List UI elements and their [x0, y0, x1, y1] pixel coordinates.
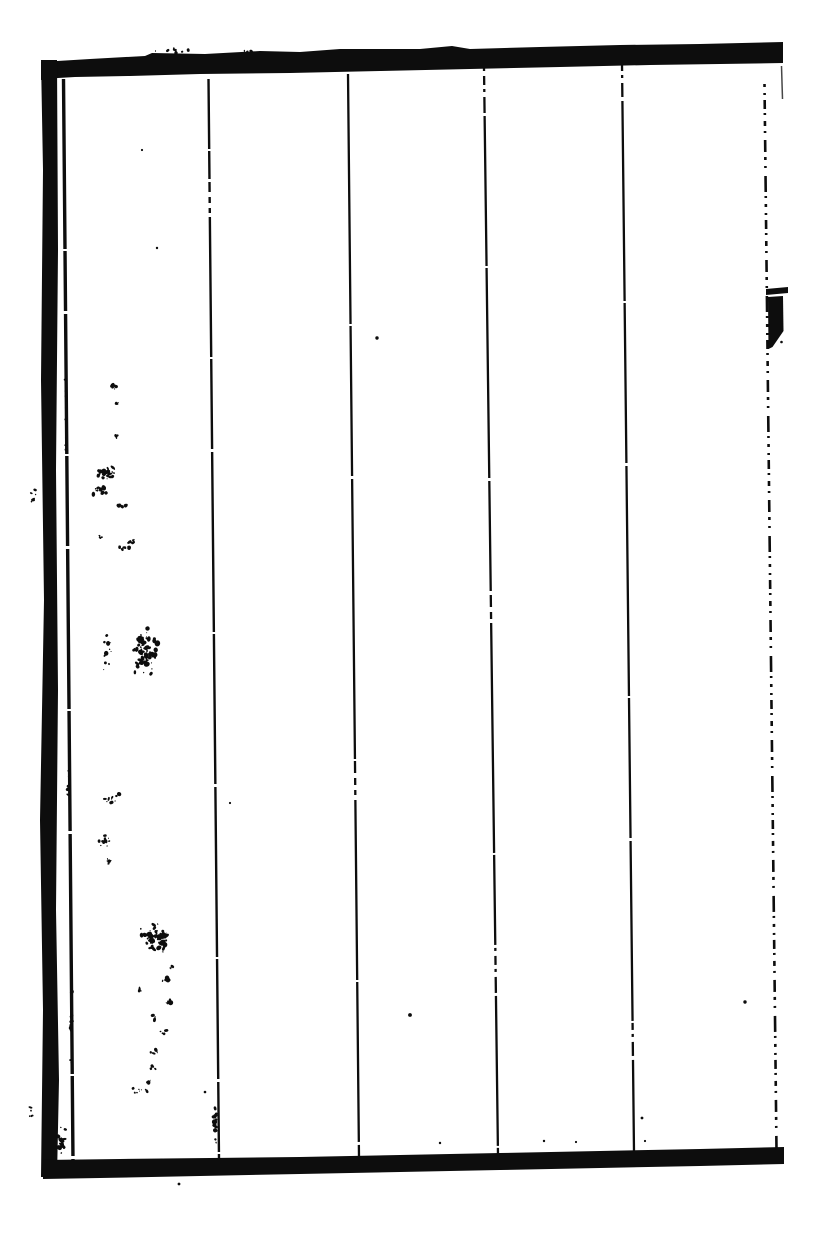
ink-dot — [134, 670, 137, 674]
ink-dot — [29, 1115, 31, 1117]
speck — [141, 149, 143, 151]
ink-dot — [145, 626, 150, 631]
ink-dot — [136, 1092, 138, 1094]
speck — [743, 1000, 746, 1003]
ink-dot — [154, 1067, 157, 1070]
right-dashdot-rule — [765, 84, 777, 1150]
column-rule-3 — [484, 68, 498, 1156]
ink-dot — [140, 646, 143, 649]
ink-dot — [212, 1127, 218, 1133]
ink-dot — [114, 388, 115, 390]
ink-dot — [30, 1110, 32, 1112]
ink-dot — [30, 492, 33, 495]
ink-dot — [149, 1051, 152, 1054]
ink-smudge — [118, 545, 132, 552]
ink-dot — [108, 838, 109, 839]
ink-dot — [33, 488, 37, 492]
ink-smudge — [30, 488, 38, 503]
ink-dot — [135, 664, 140, 669]
ink-dot — [107, 863, 110, 865]
column-rule-1 — [209, 79, 220, 1159]
ink-dot — [140, 634, 142, 636]
ink-dot — [150, 1080, 151, 1081]
ink-dot — [181, 50, 184, 53]
ink-dot — [151, 668, 152, 669]
ink-dot — [140, 933, 144, 938]
binding-notch-top-dash — [766, 287, 788, 295]
ink-dot — [103, 798, 107, 800]
frame-left-bar — [40, 60, 59, 1177]
ink-dot — [100, 845, 102, 846]
ink-smudge — [116, 503, 128, 509]
ink-dot — [118, 402, 119, 403]
ink-dot — [103, 834, 107, 837]
ink-dot — [31, 499, 35, 502]
ink-dot — [139, 1090, 140, 1091]
ink-smudge — [132, 626, 161, 676]
ink-dot — [164, 1029, 169, 1033]
speck — [644, 1140, 646, 1142]
ink-smudge — [162, 975, 172, 983]
inner-left-rule — [64, 79, 74, 1161]
ink-dot — [103, 669, 104, 670]
ink-dot — [152, 1052, 156, 1055]
ink-smudge — [98, 834, 111, 847]
ink-dot — [149, 930, 151, 932]
ink-dot — [60, 1152, 62, 1154]
ink-dot — [149, 671, 154, 676]
ink-smudge — [114, 401, 119, 405]
page-scan — [0, 0, 825, 1235]
ink-dot — [186, 48, 190, 52]
ink-smudge — [131, 1086, 149, 1093]
ink-smudge — [165, 998, 173, 1006]
ink-dot — [146, 632, 147, 633]
ink-smudge — [103, 791, 122, 805]
ink-dot — [162, 979, 164, 982]
ink-dot — [101, 476, 105, 480]
ink-dot — [106, 478, 107, 479]
ink-dot — [98, 839, 101, 843]
ink-dot — [111, 796, 114, 800]
ink-smudge — [140, 922, 170, 952]
ink-smudge — [146, 1080, 151, 1085]
speck — [543, 1140, 545, 1142]
speck — [204, 1091, 207, 1094]
ink-smudge — [110, 383, 118, 390]
ink-smudge — [103, 633, 112, 670]
ink-smudge — [96, 465, 115, 480]
ink-dot — [154, 1016, 156, 1018]
ink-dot — [138, 1089, 140, 1090]
speck — [408, 1013, 412, 1017]
ink-dot — [143, 672, 145, 674]
ink-dot — [106, 641, 110, 646]
speck — [178, 1183, 181, 1186]
ink-dot — [157, 923, 159, 925]
ink-smudge — [150, 1013, 156, 1022]
ink-smudge — [114, 434, 119, 439]
scanned-book-page — [0, 0, 825, 1235]
ink-dot — [103, 640, 106, 643]
ink-dot — [160, 1031, 162, 1032]
ink-dot — [92, 492, 96, 497]
ink-smudge — [149, 1064, 157, 1071]
speck — [156, 247, 158, 249]
ink-smudge — [149, 1047, 158, 1055]
ink-smudge — [106, 858, 111, 865]
ink-smudge — [137, 986, 141, 992]
column-rule-2 — [348, 74, 359, 1158]
ink-dot — [155, 50, 156, 52]
ink-dot — [105, 633, 109, 637]
ink-dot — [110, 651, 111, 652]
ink-dot — [63, 1128, 67, 1132]
ink-dot — [35, 494, 37, 496]
ink-dot — [115, 795, 118, 797]
ink-dot — [215, 1141, 217, 1143]
ink-dot — [28, 1106, 32, 1109]
ink-dot — [134, 1091, 136, 1093]
ink-dot — [109, 648, 111, 650]
speck — [375, 336, 378, 339]
ink-dot — [60, 1126, 62, 1128]
ink-dot — [108, 663, 110, 666]
ink-dot — [113, 472, 115, 474]
speck — [575, 1141, 577, 1143]
ink-dot — [162, 951, 164, 952]
ink-smudge — [160, 1029, 169, 1036]
ink-dot — [214, 1138, 217, 1141]
ink-dot — [106, 801, 108, 803]
frame-right-edge-remnant — [782, 66, 783, 99]
ink-smudge — [98, 535, 103, 540]
ink-dot — [141, 1089, 142, 1090]
frame-top-bar — [41, 42, 783, 80]
ink-dot — [110, 642, 111, 643]
ink-dot — [107, 797, 110, 801]
ink-dot — [140, 928, 142, 930]
ink-smudge — [211, 1106, 218, 1144]
ink-dot — [107, 858, 108, 860]
ink-dot — [151, 662, 153, 664]
ink-dot — [248, 50, 249, 51]
ink-dot — [213, 1106, 217, 1111]
ink-smudge — [28, 1106, 33, 1118]
ink-smudge — [169, 964, 174, 969]
frame-bottom-bar — [43, 1147, 784, 1179]
ink-smudge — [127, 539, 136, 545]
ink-dot — [108, 840, 111, 842]
ink-dot — [165, 48, 170, 52]
column-rule-4 — [622, 64, 634, 1152]
ink-dot — [153, 647, 158, 653]
speck — [641, 1117, 644, 1120]
ink-dot — [106, 845, 108, 847]
ink-dot — [114, 800, 116, 802]
binding-notch-speck — [780, 341, 783, 344]
ink-dot — [131, 1086, 135, 1090]
ink-dot — [95, 488, 97, 490]
speck — [439, 1142, 441, 1144]
ink-dot — [127, 545, 131, 550]
ink-dot — [166, 932, 167, 933]
ink-dot — [244, 50, 246, 52]
ink-dot — [109, 800, 114, 805]
ink-smudge — [92, 485, 109, 497]
speck — [229, 802, 231, 804]
ink-dot — [146, 636, 147, 637]
ink-dot — [153, 1017, 157, 1022]
